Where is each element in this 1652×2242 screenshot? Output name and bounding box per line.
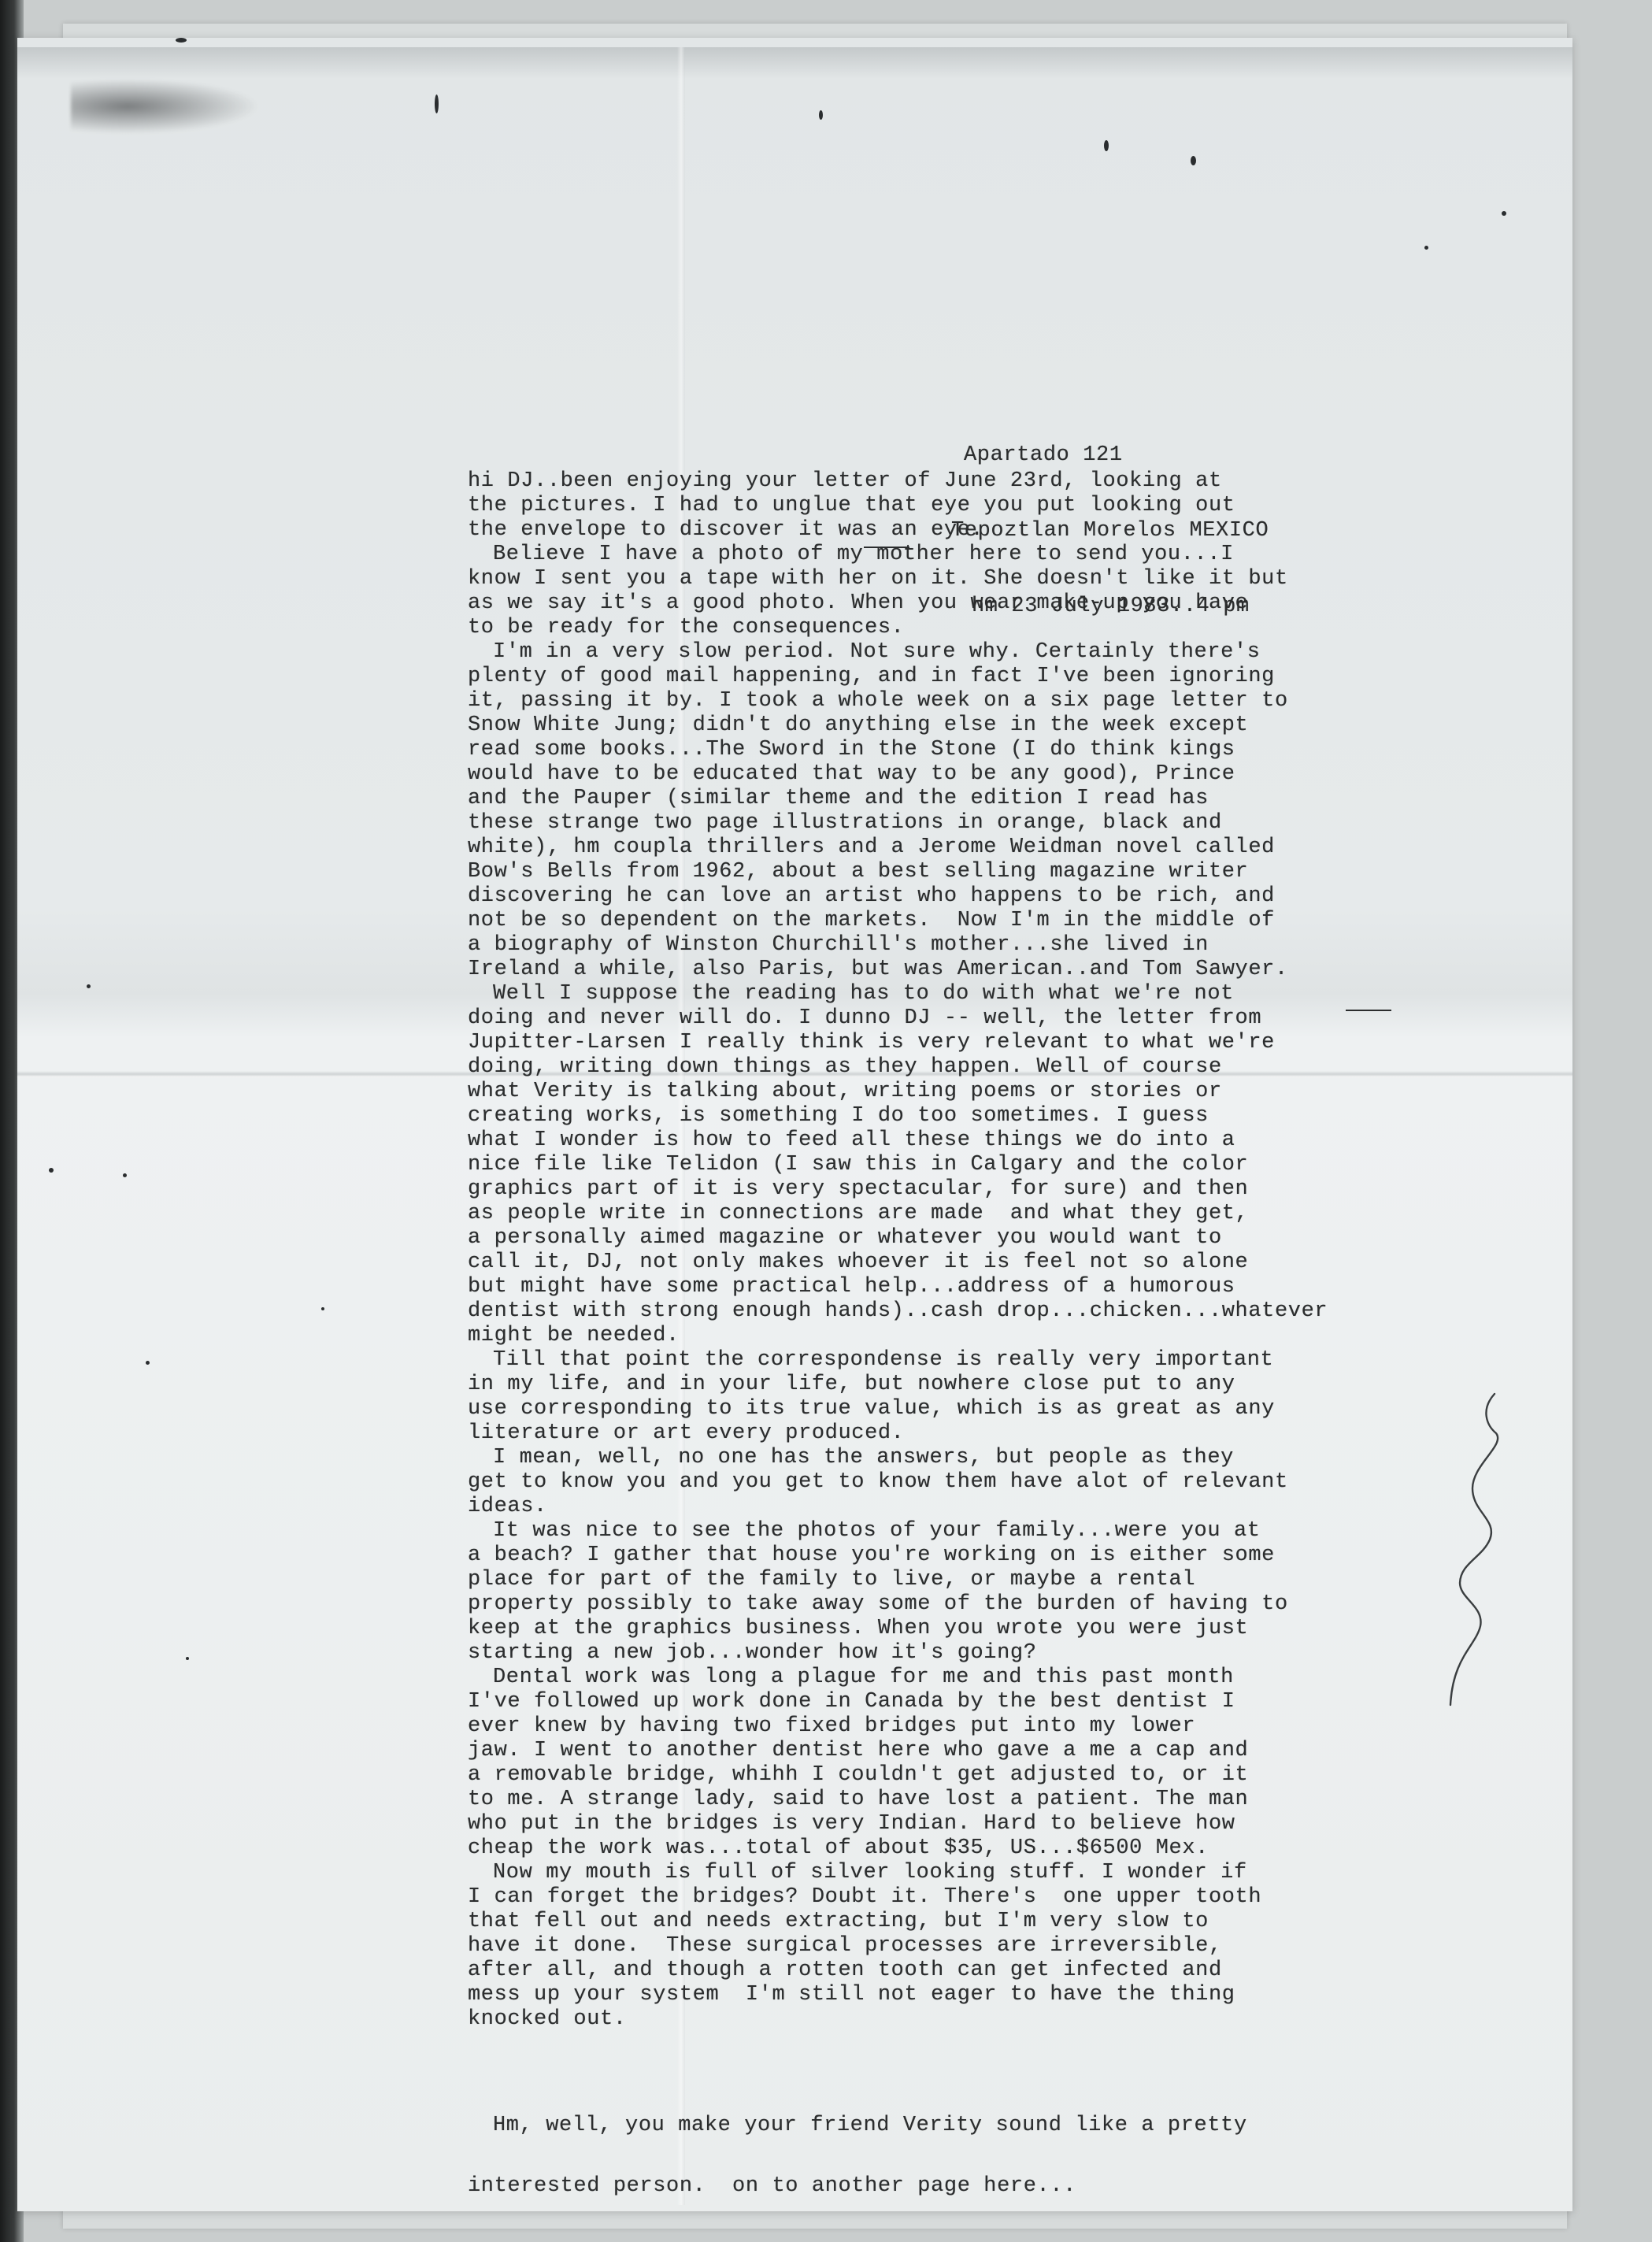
letter-line: keep at the graphics business. When you … <box>468 1617 1328 1641</box>
letter-line: might be needed. <box>468 1324 1328 1348</box>
underline-mark <box>864 547 909 548</box>
letter-line: Jupitter-Larsen I really think is very r… <box>468 1031 1328 1055</box>
letter-line: to me. A strange lady, said to have lost… <box>468 1788 1328 1812</box>
letter-line: but might have some practical help...add… <box>468 1275 1328 1299</box>
underline-mark <box>1346 1010 1391 1011</box>
ink-smudge <box>71 79 260 134</box>
ink-speck <box>176 38 187 43</box>
letter-line: in my life, and in your life, but nowher… <box>468 1373 1328 1397</box>
letter-line: ever knew by having two fixed bridges pu… <box>468 1714 1328 1739</box>
letter-line: I'm in a very slow period. Not sure why.… <box>468 640 1328 665</box>
letter-line: knocked out. <box>468 2007 1328 2032</box>
letter-line: the envelope to discover it was an eye. <box>468 518 1328 543</box>
letter-line: I mean, well, no one has the answers, bu… <box>468 1446 1328 1470</box>
ink-speck <box>186 1657 189 1660</box>
closing-line-2: interested person. on to another page he… <box>468 2174 1247 2199</box>
letter-line: after all, and though a rotten tooth can… <box>468 1959 1328 1983</box>
letter-closing: Hm, well, you make your friend Verity so… <box>468 2065 1247 2223</box>
letter-line: what Verity is talking about, writing po… <box>468 1080 1328 1104</box>
ink-speck <box>49 1168 54 1173</box>
letter-line: It was nice to see the photos of your fa… <box>468 1519 1328 1543</box>
letter-line: doing, writing down things as they happe… <box>468 1055 1328 1080</box>
letter-line: and the Pauper (similar theme and the ed… <box>468 787 1328 811</box>
letter-line: Bow's Bells from 1962, about a best sell… <box>468 860 1328 884</box>
letter-line: what I wonder is how to feed all these t… <box>468 1128 1328 1153</box>
ink-speck <box>146 1361 150 1365</box>
letter-line: hi DJ..been enjoying your letter of June… <box>468 469 1328 494</box>
letter-line: as people write in connections are made … <box>468 1202 1328 1226</box>
ink-speck <box>321 1307 324 1310</box>
letter-line: the pictures. I had to unglue that eye y… <box>468 494 1328 518</box>
handwritten-wavy-line-mark <box>1449 1386 1543 1717</box>
ink-speck <box>1191 156 1196 165</box>
letter-line: these strange two page illustrations in … <box>468 811 1328 836</box>
letter-line: Snow White Jung; didn't do anything else… <box>468 713 1328 738</box>
letter-line: get to know you and you get to know them… <box>468 1470 1328 1495</box>
letter-line: who put in the bridges is very Indian. H… <box>468 1812 1328 1836</box>
letter-line: Now my mouth is full of silver looking s… <box>468 1861 1328 1885</box>
letter-line: know I sent you a tape with her on it. S… <box>468 567 1328 591</box>
letter-line: I can forget the bridges? Doubt it. Ther… <box>468 1885 1328 1910</box>
letter-line: nice file like Telidon (I saw this in Ca… <box>468 1153 1328 1177</box>
letter-line: read some books...The Sword in the Stone… <box>468 738 1328 762</box>
letter-line: cheap the work was...total of about $35,… <box>468 1836 1328 1861</box>
letter-line: that fell out and needs extracting, but … <box>468 1910 1328 1934</box>
letter-line: have it done. These surgical processes a… <box>468 1934 1328 1959</box>
letter-line: a beach? I gather that house you're work… <box>468 1543 1328 1568</box>
letter-line: I've followed up work done in Canada by … <box>468 1690 1328 1714</box>
letter-line: a removable bridge, whihh I couldn't get… <box>468 1763 1328 1788</box>
ink-speck <box>1104 140 1109 151</box>
ink-speck <box>819 110 823 120</box>
letter-line: creating works, is something I do too so… <box>468 1104 1328 1128</box>
letter-line: discovering he can love an artist who ha… <box>468 884 1328 909</box>
ink-speck <box>123 1173 127 1177</box>
letter-line: dentist with strong enough hands)..cash … <box>468 1299 1328 1324</box>
letter-line: use corresponding to its true value, whi… <box>468 1397 1328 1421</box>
letter-line: mess up your system I'm still not eager … <box>468 1983 1328 2007</box>
top-fold-shadow <box>17 47 1572 79</box>
letter-line: Dental work was long a plague for me and… <box>468 1666 1328 1690</box>
closing-line-1: Hm, well, you make your friend Verity so… <box>468 2114 1247 2138</box>
letter-line: starting a new job...wonder how it's goi… <box>468 1641 1328 1666</box>
letter-line: to be ready for the consequences. <box>468 616 1328 640</box>
letter-line: property possibly to take away some of t… <box>468 1592 1328 1617</box>
letter-line: would have to be educated that way to be… <box>468 762 1328 787</box>
letter-line: ideas. <box>468 1495 1328 1519</box>
letter-line: plenty of good mail happening, and in fa… <box>468 665 1328 689</box>
letter-line: call it, DJ, not only makes whoever it i… <box>468 1251 1328 1275</box>
letter-line: a personally aimed magazine or whatever … <box>468 1226 1328 1251</box>
letter-line: Well I suppose the reading has to do wit… <box>468 982 1328 1006</box>
ink-speck <box>435 94 439 113</box>
letter-line: doing and never will do. I dunno DJ -- w… <box>468 1006 1328 1031</box>
letter-line: graphics part of it is very spectacular,… <box>468 1177 1328 1202</box>
header-address-line-1: Apartado 121 <box>951 443 1269 468</box>
letter-line: as we say it's a good photo. When you we… <box>468 591 1328 616</box>
letter-line: a biography of Winston Churchill's mothe… <box>468 933 1328 958</box>
letter-line: literature or art every produced. <box>468 1421 1328 1446</box>
letter-line: white), hm coupla thrillers and a Jerome… <box>468 836 1328 860</box>
letter-line: Till that point the correspondense is re… <box>468 1348 1328 1373</box>
letter-line: not be so dependent on the markets. Now … <box>468 909 1328 933</box>
letter-line: it, passing it by. I took a whole week o… <box>468 689 1328 713</box>
letter-body: hi DJ..been enjoying your letter of June… <box>468 469 1328 2032</box>
letter-line: Ireland a while, also Paris, but was Ame… <box>468 958 1328 982</box>
ink-speck <box>1502 211 1506 216</box>
letter-line: place for part of the family to live, or… <box>468 1568 1328 1592</box>
ink-speck <box>87 984 91 988</box>
ink-speck <box>1424 246 1428 250</box>
letter-line: jaw. I went to another dentist here who … <box>468 1739 1328 1763</box>
